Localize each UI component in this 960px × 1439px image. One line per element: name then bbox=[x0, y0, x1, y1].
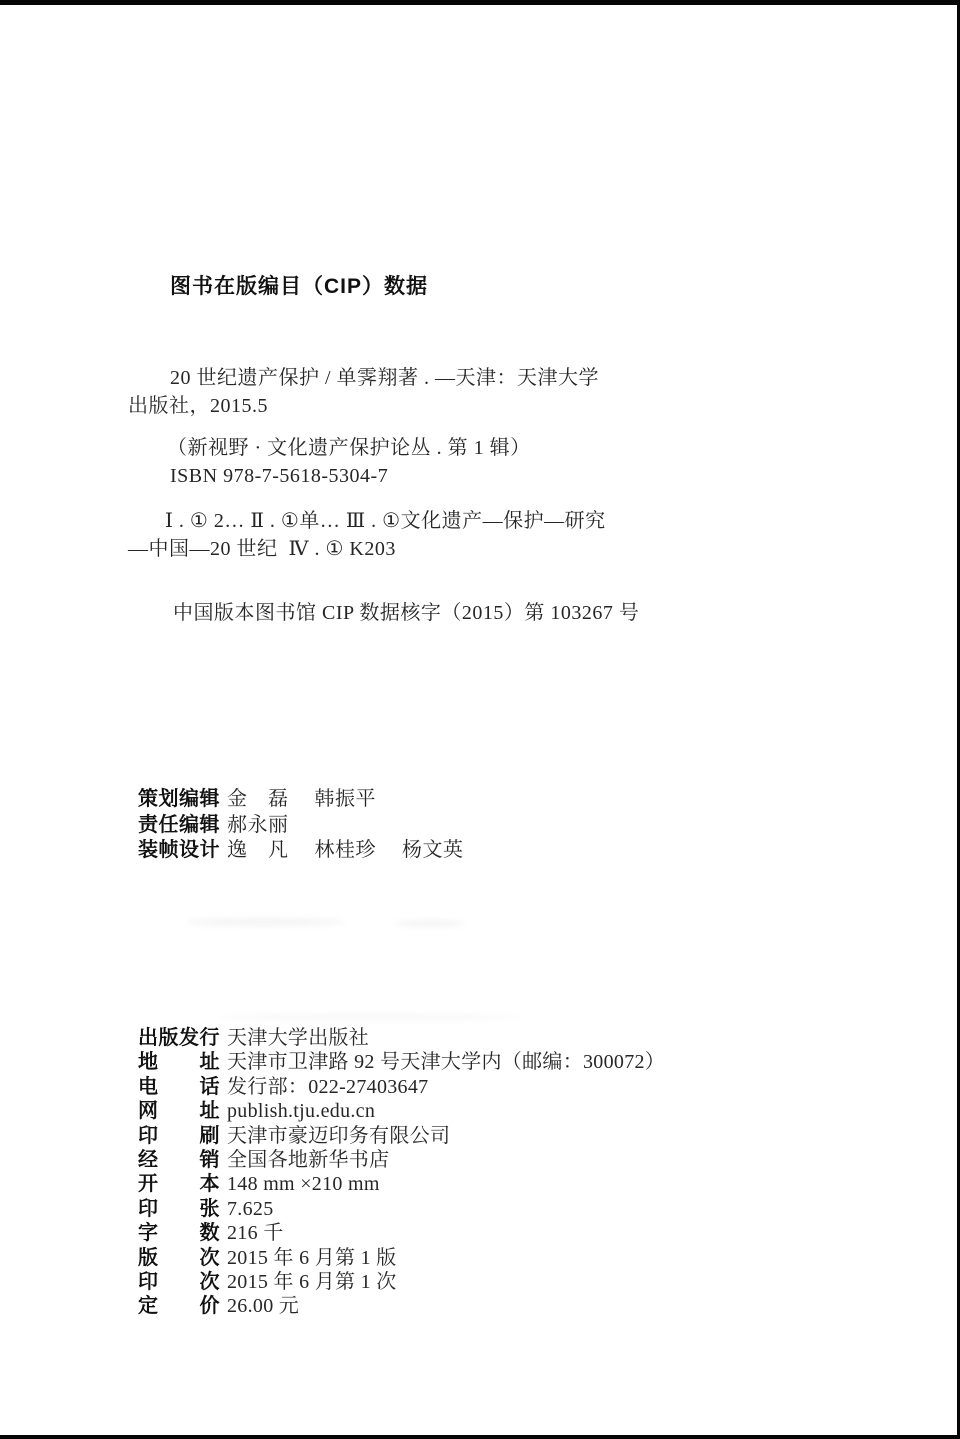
editor-role-label: 策划编辑 bbox=[138, 787, 219, 813]
editor-role-label: 装帧设计 bbox=[138, 838, 219, 864]
colophon-value: 天津市豪迈印务有限公司 bbox=[227, 1124, 450, 1148]
scan-edge-top bbox=[0, 0, 960, 5]
colophon-row: 开 本 148 mm ×210 mm bbox=[138, 1172, 665, 1196]
colophon-label: 出版发行 bbox=[138, 1026, 219, 1050]
colophon-row: 字 数 216 千 bbox=[138, 1221, 665, 1245]
colophon-row: 版 次 2015 年 6 月第 1 版 bbox=[138, 1246, 665, 1270]
colophon-label: 印 次 bbox=[138, 1270, 219, 1294]
colophon-row: 地 址 天津市卫津路 92 号天津大学内（邮编：300072） bbox=[138, 1050, 665, 1074]
colophon-label: 电 话 bbox=[138, 1075, 219, 1099]
copyright-page: 图书在版编目（CIP）数据 20 世纪遗产保护 / 单霁翔著 . —天津：天津大… bbox=[0, 0, 960, 1439]
colophon-label: 字 数 bbox=[138, 1221, 219, 1245]
scan-edge-bottom bbox=[0, 1435, 960, 1439]
colophon-label: 地 址 bbox=[138, 1050, 219, 1074]
colophon-value: 发行部：022-27403647 bbox=[227, 1075, 428, 1099]
colophon-block: 出版发行 天津大学出版社 地 址 天津市卫津路 92 号天津大学内（邮编：300… bbox=[138, 1026, 665, 1319]
colophon-row: 印 次 2015 年 6 月第 1 次 bbox=[138, 1270, 665, 1294]
classification-line1: Ⅰ . ① 2… Ⅱ . ①单… Ⅲ . ①文化遗产—保护—研究 bbox=[165, 509, 606, 533]
cip-record-line: 中国版本图书馆 CIP 数据核字（2015）第 103267 号 bbox=[173, 601, 639, 625]
colophon-row: 经 销 全国各地新华书店 bbox=[138, 1148, 665, 1172]
colophon-value: 7.625 bbox=[227, 1197, 274, 1221]
editors-row: 策划编辑 金 磊 韩振平 bbox=[138, 787, 464, 813]
colophon-value: 天津大学出版社 bbox=[227, 1026, 369, 1050]
colophon-label: 开 本 bbox=[138, 1172, 219, 1196]
editor-names: 金 磊 韩振平 bbox=[227, 787, 376, 813]
colophon-value: 216 千 bbox=[227, 1221, 284, 1245]
scan-smudge bbox=[220, 1014, 520, 1020]
colophon-value: 2015 年 6 月第 1 次 bbox=[227, 1270, 397, 1294]
colophon-value: 2015 年 6 月第 1 版 bbox=[227, 1246, 397, 1270]
editors-row: 责任编辑 郝永丽 bbox=[138, 813, 464, 839]
colophon-label: 定 价 bbox=[138, 1294, 219, 1318]
editor-role-label: 责任编辑 bbox=[138, 813, 219, 839]
book-title-line2: 出版社，2015.5 bbox=[128, 394, 268, 418]
colophon-label: 经 销 bbox=[138, 1148, 219, 1172]
editors-row: 装帧设计 逸 凡 林桂珍 杨文英 bbox=[138, 838, 464, 864]
colophon-row: 出版发行 天津大学出版社 bbox=[138, 1026, 665, 1050]
colophon-label: 版 次 bbox=[138, 1246, 219, 1270]
colophon-label: 网 址 bbox=[138, 1099, 219, 1123]
colophon-row: 定 价 26.00 元 bbox=[138, 1294, 665, 1318]
scan-smudge bbox=[395, 920, 465, 927]
colophon-value: 26.00 元 bbox=[227, 1294, 299, 1318]
colophon-value: 天津市卫津路 92 号天津大学内（邮编：300072） bbox=[227, 1050, 665, 1074]
isbn-line: ISBN 978-7-5618-5304-7 bbox=[170, 464, 388, 488]
colophon-value: publish.tju.edu.cn bbox=[227, 1099, 375, 1123]
colophon-row: 印 张 7.625 bbox=[138, 1197, 665, 1221]
colophon-value: 148 mm ×210 mm bbox=[227, 1172, 380, 1196]
classification-line2: —中国—20 世纪 Ⅳ . ① K203 bbox=[128, 537, 396, 561]
colophon-label: 印 张 bbox=[138, 1197, 219, 1221]
editors-block: 策划编辑 金 磊 韩振平 责任编辑 郝永丽 装帧设计 逸 凡 林桂珍 杨文英 bbox=[138, 787, 464, 864]
colophon-row: 网 址 publish.tju.edu.cn bbox=[138, 1099, 665, 1123]
cip-header: 图书在版编目（CIP）数据 bbox=[170, 270, 428, 300]
colophon-row: 印 刷 天津市豪迈印务有限公司 bbox=[138, 1124, 665, 1148]
editor-names: 郝永丽 bbox=[227, 813, 289, 839]
colophon-row: 电 话 发行部：022-27403647 bbox=[138, 1075, 665, 1099]
editor-names: 逸 凡 林桂珍 杨文英 bbox=[227, 838, 464, 864]
book-title-line1: 20 世纪遗产保护 / 单霁翔著 . —天津：天津大学 bbox=[170, 366, 599, 390]
scan-smudge bbox=[185, 918, 345, 926]
colophon-label: 印 刷 bbox=[138, 1124, 219, 1148]
colophon-value: 全国各地新华书店 bbox=[227, 1148, 389, 1172]
series-line: （新视野 · 文化遗产保护论丛 . 第 1 辑） bbox=[167, 436, 531, 460]
